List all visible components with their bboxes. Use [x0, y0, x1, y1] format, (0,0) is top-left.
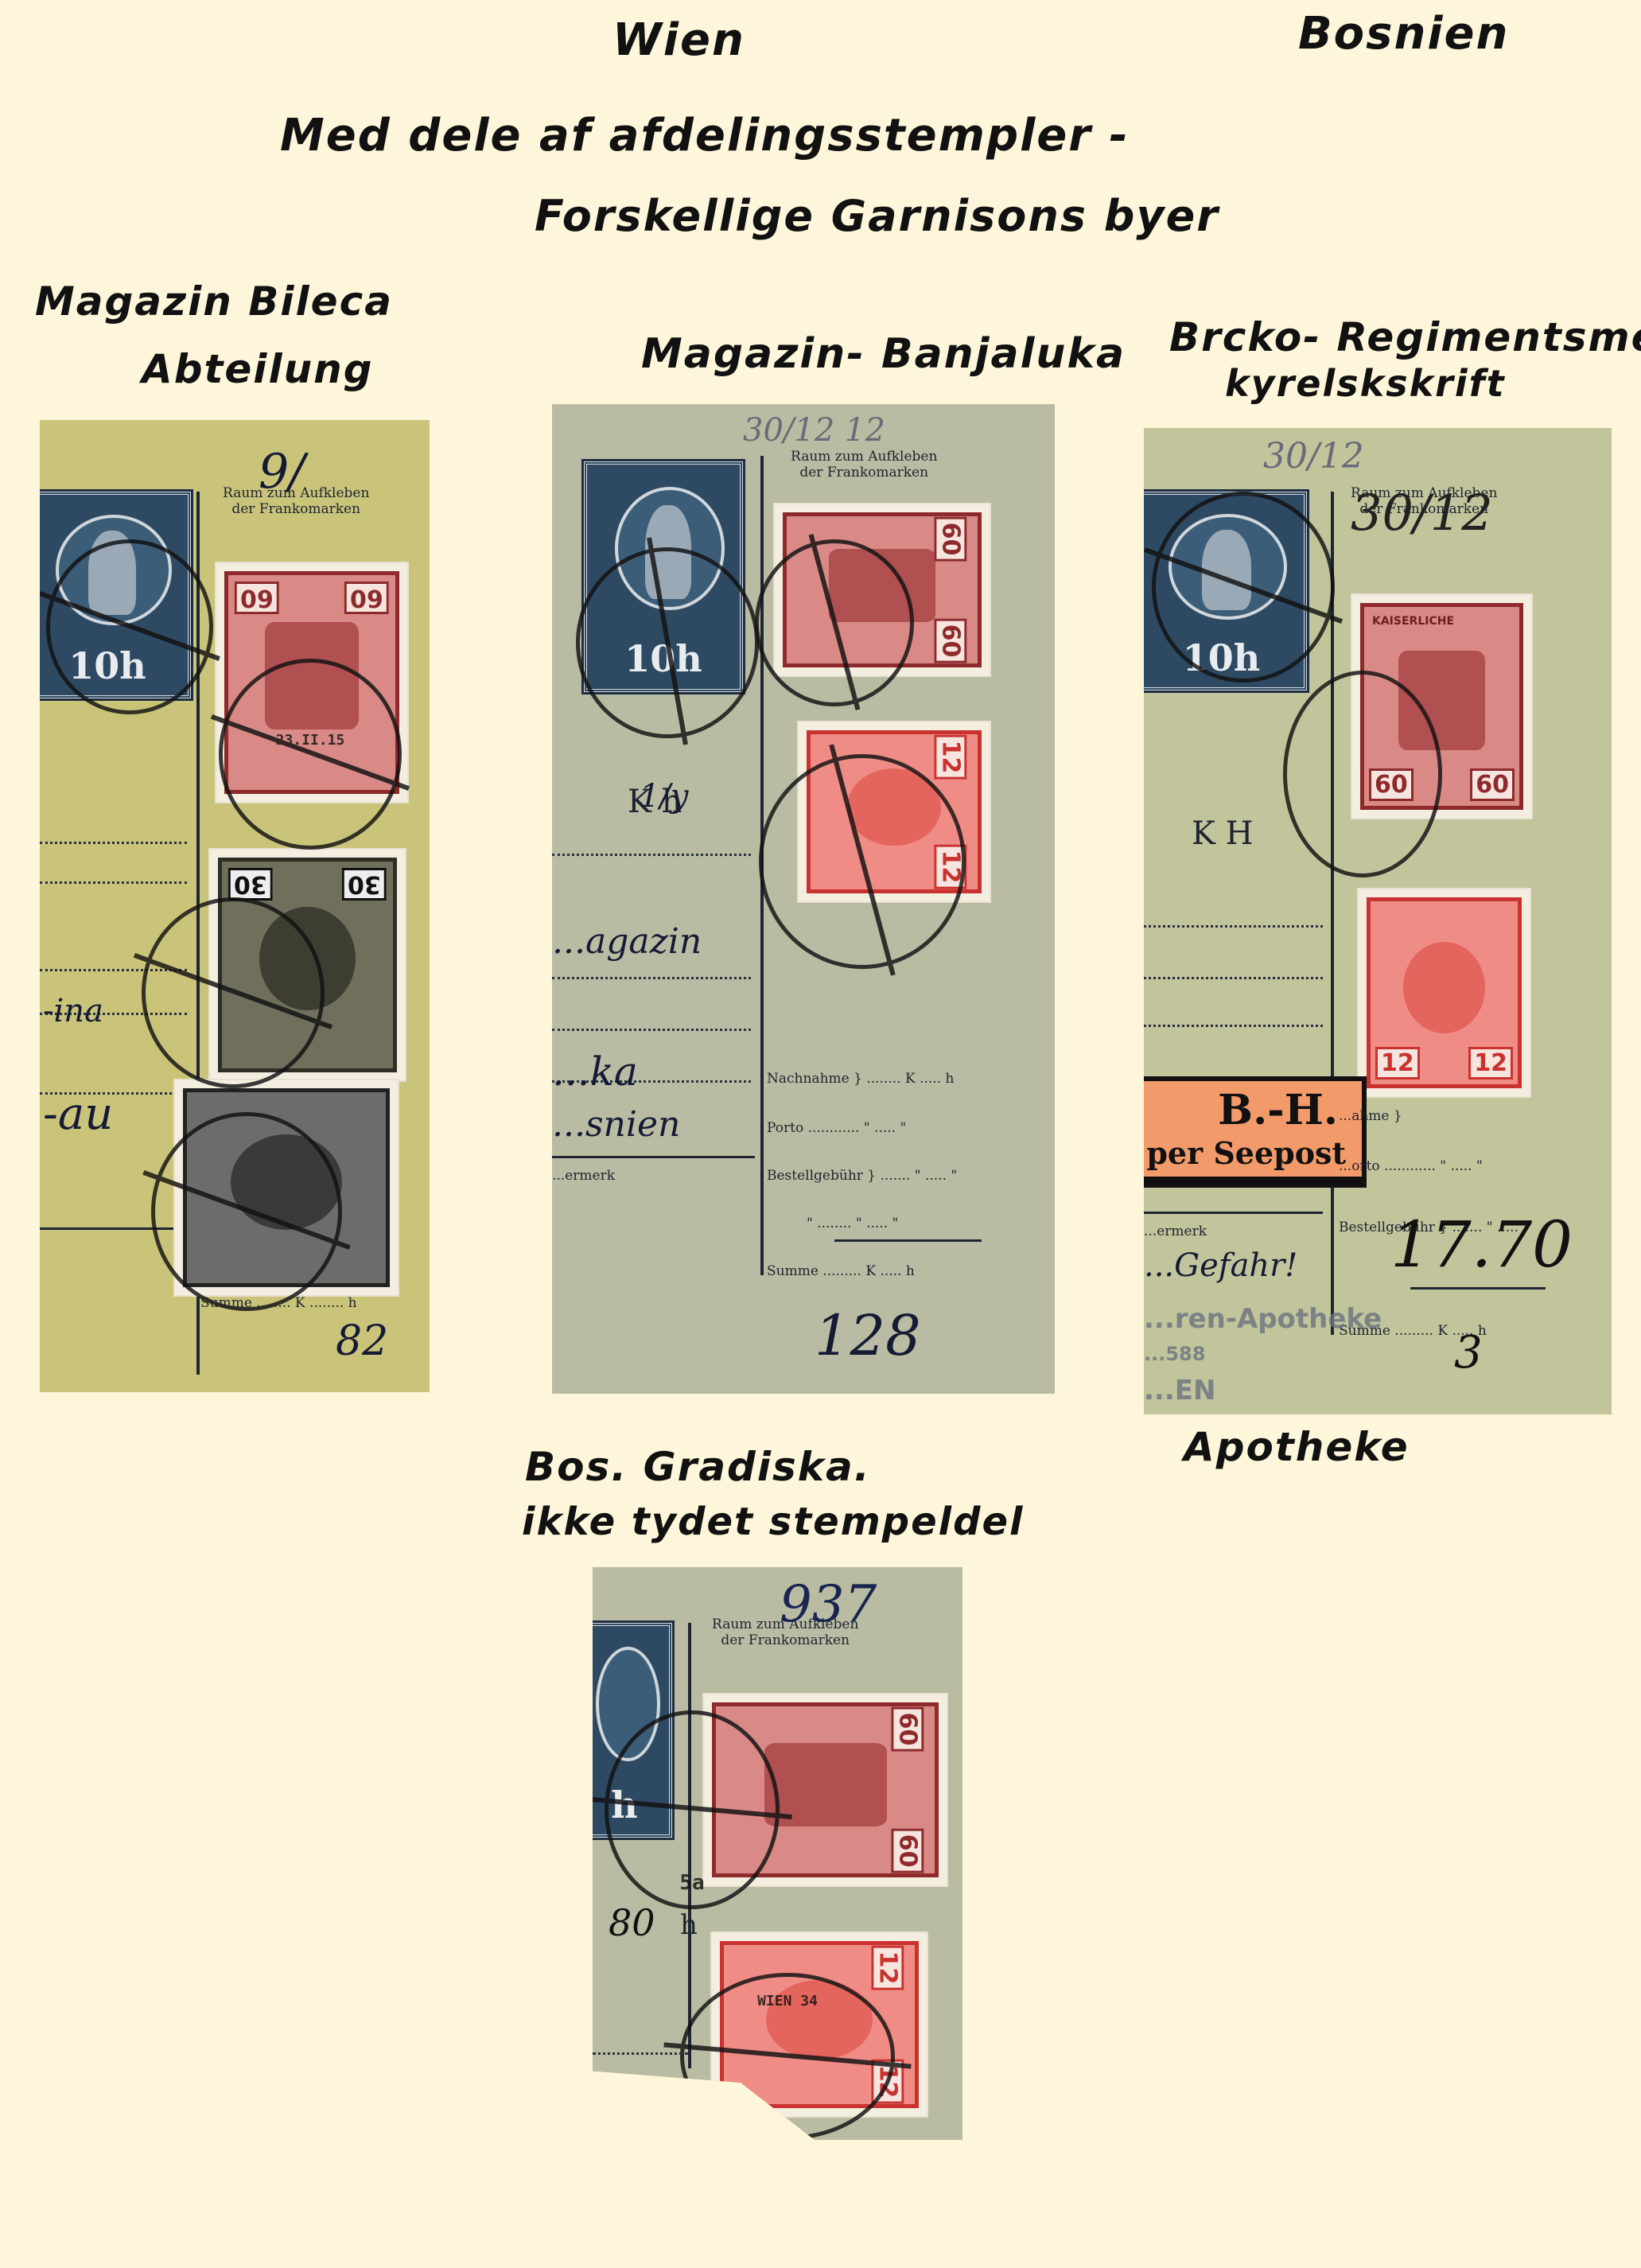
- pencil-note: 30/12 12: [743, 412, 885, 449]
- form-line: [552, 854, 751, 856]
- handwritten-number: 3: [1454, 1327, 1483, 1379]
- address-fragment: ...agazin: [552, 921, 702, 962]
- form-line: [40, 842, 187, 844]
- address-fragment: ...ka: [552, 1048, 638, 1095]
- handwriting-fragment: -au: [43, 1088, 113, 1140]
- postmark: WIEN 34: [680, 1973, 895, 2140]
- postmark: [1283, 671, 1442, 877]
- vermerk-label: ...ermerk: [552, 1168, 615, 1184]
- parcel-card-banjaluka: 10h Raum zum Aufkleben der Frankomarken …: [552, 404, 1055, 1394]
- summe-label: Summe ........ K ........ h: [200, 1295, 357, 1311]
- postmark: 5a: [605, 1710, 780, 1909]
- postmark: [576, 547, 759, 738]
- postmark-date: 23.II.15: [223, 732, 398, 749]
- heading-bosnien: Bosnien: [1298, 8, 1509, 60]
- stamp-value: 12: [872, 1946, 904, 1990]
- postmark: [46, 539, 213, 714]
- stamp-value: 12: [1468, 1047, 1513, 1080]
- pharmacy-rubber-stamp: ...ren-Apotheke: [1144, 1303, 1382, 1335]
- pharmacy-rubber-stamp-city: ...EN: [1144, 1375, 1215, 1406]
- form-rule: [1144, 1212, 1323, 1214]
- caption-card-4-line-2: ikke tydet stempeldel: [522, 1500, 1024, 1544]
- postmark: [759, 754, 966, 969]
- caption-card-3-below: Apotheke: [1184, 1424, 1410, 1470]
- form-line: [593, 2052, 688, 2055]
- form-field-summe: Summe ......... K ..... h: [767, 1263, 915, 1279]
- caption-card-2: Magazin- Banjaluka: [641, 330, 1126, 378]
- pencil-note: 9/: [259, 444, 305, 500]
- stamp-value: 60: [344, 582, 389, 614]
- handwriting-fragment: 1/y: [640, 778, 689, 815]
- postmark: [755, 539, 914, 706]
- caption-card-1-line-1: Magazin Bileca: [35, 278, 393, 325]
- stamp-value: 60: [935, 517, 967, 562]
- ink-note: 937: [780, 1575, 877, 1634]
- handwriting-fragment: ...Gefahr!: [1144, 1247, 1297, 1284]
- postmark-text: WIEN 34: [684, 1993, 891, 2009]
- frank-label: Raum zum Aufkleben der Frankomarken: [791, 449, 937, 480]
- pharmacy-rubber-stamp-number: ...588: [1144, 1343, 1205, 1365]
- ink-note: 30/12: [1351, 484, 1493, 542]
- parcel-card-brcko: 10h Raum zum Aufkleben der Frankomarken …: [1144, 428, 1612, 1414]
- form-line: [1144, 977, 1323, 979]
- stamp-value: 60: [935, 619, 967, 663]
- form-field-extra: " ........ " ..... ": [807, 1216, 898, 1231]
- postmark: 23.II.15: [219, 659, 402, 850]
- form-field-nachnahme: Nachnahme } ........ K ..... h: [767, 1071, 954, 1087]
- stamp-legend: KAISERLICHE: [1372, 615, 1454, 628]
- seepost-label-line-1: B.-H.: [1144, 1086, 1338, 1134]
- form-line: [552, 977, 751, 979]
- pencil-note: 30/12: [1263, 436, 1364, 477]
- address-fragment: ...snien: [552, 1104, 680, 1145]
- parcel-card-bileca: 10h Raum zum Aufkleben der Frankomarken …: [40, 420, 430, 1392]
- stamp-value: 12: [1375, 1047, 1420, 1080]
- heading-line-2: Forskellige Garnisons byer: [535, 191, 1219, 241]
- stamp-value: 12: [935, 735, 967, 780]
- form-line: [40, 881, 187, 884]
- form-line: [1144, 1025, 1323, 1027]
- stamp-value: 60: [892, 1707, 924, 1752]
- form-rule: [552, 1156, 755, 1158]
- stamp-value: 60: [1470, 768, 1515, 801]
- form-rule: [1410, 1287, 1546, 1290]
- stamp-value: 60: [892, 1829, 924, 1873]
- stamp-value: 30: [342, 868, 387, 901]
- seepost-label-line-2: per Seepost: [1144, 1135, 1346, 1171]
- caption-card-3-line-2: kyrelskskrift: [1225, 362, 1506, 405]
- parcel-card-gradiska: h Raum zum Aufkleben der Frankomarken 93…: [593, 1567, 962, 2140]
- stamp-value: 60: [235, 582, 279, 614]
- stamp-portrait: [1403, 942, 1486, 1033]
- postmark-sub: 5a: [609, 1871, 776, 1895]
- kh-label: K H: [1192, 826, 1253, 842]
- form-field-bestellgebuehr: Bestellgebühr } ....... " ..... ": [767, 1168, 957, 1184]
- form-line: [1144, 925, 1323, 928]
- amount: 17.70: [1390, 1208, 1573, 1282]
- caption-card-1-line-2: Abteilung: [142, 346, 374, 392]
- handwritten-number: 82: [336, 1317, 388, 1365]
- handwriting-fragment: 80: [609, 1901, 655, 1944]
- handwritten-number: 128: [815, 1303, 921, 1368]
- form-line: [552, 1029, 751, 1031]
- form-field-porto: ...orto ............ " ..... ": [1339, 1158, 1483, 1174]
- h-label: h: [680, 1917, 698, 1933]
- postmark: [142, 897, 325, 1088]
- postmark: [1152, 492, 1335, 683]
- handwriting-fragment: -ina: [43, 993, 103, 1029]
- form-field-nachnahme: ...ahme }: [1339, 1108, 1402, 1124]
- form-field-porto: Porto ............ " ..... ": [767, 1120, 906, 1136]
- postmark: [151, 1112, 342, 1311]
- form-rule: [834, 1239, 982, 1242]
- stamp-value: 30: [228, 868, 273, 901]
- vermerk-label: ...ermerk: [1144, 1223, 1207, 1239]
- stamp-12-heller: 12 12: [1359, 889, 1530, 1096]
- heading-line-1: Med dele af afdelingsstempler -: [280, 110, 1130, 161]
- caption-card-4-line-1: Bos. Gradiska.: [525, 1444, 871, 1490]
- caption-card-3-line-1: Brcko- Regimentsmerke: [1169, 314, 1641, 360]
- heading-wien: Wien: [612, 14, 745, 66]
- seepost-label: B.-H. per Seepost: [1144, 1076, 1367, 1188]
